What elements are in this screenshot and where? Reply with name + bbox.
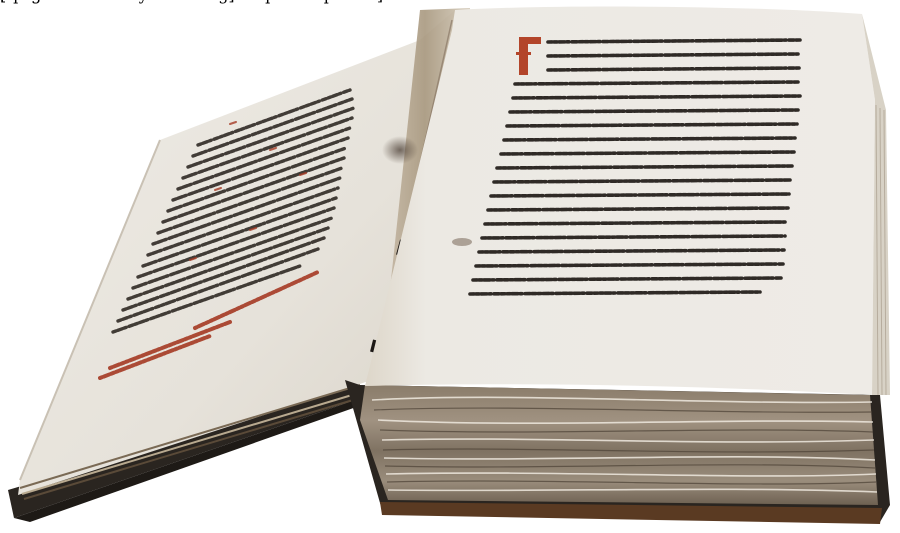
ink-smudge bbox=[452, 238, 472, 246]
manuscript-photo: Г [illegible red uncial he bbox=[0, 0, 900, 533]
image-subject: Open medieval Cyrillic manuscript book bbox=[0, 0, 326, 4]
right-page bbox=[365, 7, 890, 395]
right-page-block-edges bbox=[360, 385, 878, 505]
book-illustration: Г [illegible red uncial he bbox=[0, 0, 900, 533]
